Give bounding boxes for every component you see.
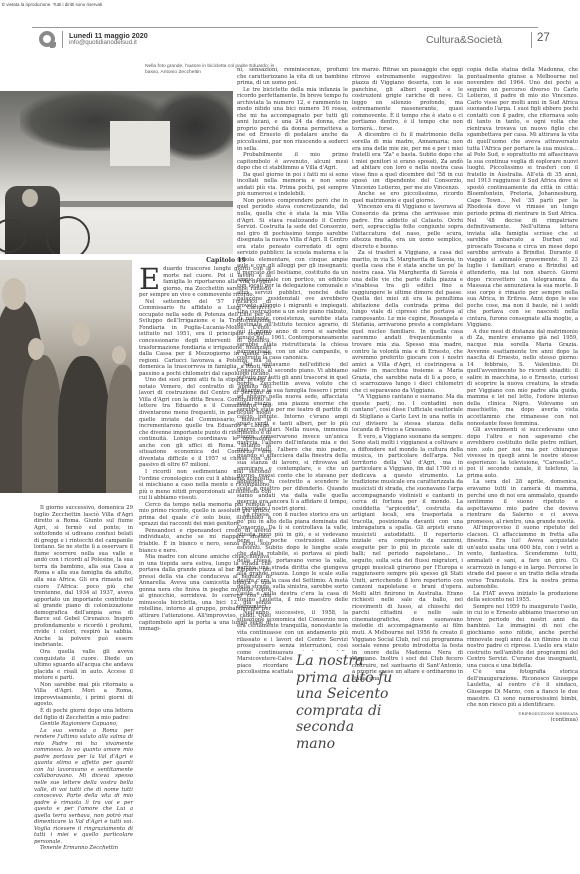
paragraph: Probabilmente il mio primo capitombolo è… — [237, 152, 348, 172]
paragraph: La sera del 28 aprile, domenica, eravamo… — [467, 479, 578, 525]
letter-body: La sua venuta a Roma per rendere l'ultim… — [34, 728, 133, 846]
article-column-4: tre marzo. Ritrae un passaggio che oggi … — [352, 67, 463, 867]
paragraph: Non potevo comprendere però che in quel … — [237, 198, 348, 362]
paragraph: ni, sensazioni, reminiscenze, profumi ch… — [237, 67, 348, 87]
paragraph: La FIAT aveva iniziato la produzione del… — [467, 591, 578, 604]
paragraph: C'è una fotografia storica dell'inaugura… — [467, 669, 578, 708]
paragraph: tre marzo. Ritrae un passaggio che oggi … — [352, 67, 463, 132]
paragraph: È di pochi giorni dopo una lettera del f… — [34, 708, 133, 721]
main-photo-father-son-bicycle — [0, 91, 233, 254]
paragraph: La chiesa, con il nucleo storico era un … — [237, 512, 348, 610]
paragraph: Noi abitavamo nell'edificio del Consorzi… — [237, 362, 348, 513]
letter-signature: Tenente Ermanno Zecchettin — [34, 845, 133, 852]
paragraph: Il giorno successivo, domenica 29 luglio… — [34, 505, 133, 649]
paragraph: Anche se ero piccolissimo, ricordo quel … — [352, 191, 463, 204]
header-rule — [32, 27, 270, 28]
paragraph: Ora quella valle gli aveva conquistato i… — [34, 649, 133, 682]
paragraph: Gli avvenimenti si succedevano uno dopo … — [467, 427, 578, 479]
header-divider — [62, 31, 63, 48]
paragraph: Sempre nel 1959 fu inaugurato l'asilo, i… — [467, 604, 578, 669]
newspaper-logo-icon — [39, 31, 55, 47]
drop-cap: E — [139, 267, 160, 291]
header-rule-right — [270, 27, 538, 28]
copyright-notice: È vietata la riproduzione. Tutti i dirit… — [2, 2, 102, 7]
paragraph: Vincenzo era di Viggiano e lavorava al C… — [352, 204, 463, 250]
paragraph: Non sarebbe mai più ritornato a Villa d'… — [34, 682, 133, 708]
paragraph: "A Viggiano cantano e suonano. Ma da que… — [352, 394, 463, 433]
paragraph: A dicembre ci fu il matrimonio della sor… — [352, 132, 463, 191]
continued-label: (continua) — [467, 717, 578, 724]
paragraph: copia della statua della Madonna, che pu… — [467, 67, 578, 329]
article-column-1: Il giorno successivo, domenica 29 luglio… — [34, 505, 133, 852]
section-title: Cultura&Società — [426, 34, 502, 46]
paragraph: Da quel giorno in poi i fatti mi si sono… — [237, 172, 348, 198]
header-divider-right — [531, 32, 532, 48]
paragraph: È vero, a Viggiano suonano da sempre. So… — [352, 434, 463, 683]
paragraph: Le tre biciclette della mia infanzia le … — [237, 87, 348, 152]
paragraph: All'improvviso il suono ripetuto del cla… — [467, 525, 578, 590]
photo-antonio-zecchettin-group — [0, 260, 132, 493]
paragraph: Za si trasferì a Viggiano, a casa del ma… — [352, 250, 463, 394]
paragraph: A due mesi di distanza dal matrimonio di… — [467, 329, 578, 427]
page-number: 27 — [537, 32, 550, 44]
contact-email[interactable]: info@quotidianodelsud.it — [69, 39, 137, 46]
article-column-5: copia della statua della Madonna, che pu… — [467, 67, 578, 867]
